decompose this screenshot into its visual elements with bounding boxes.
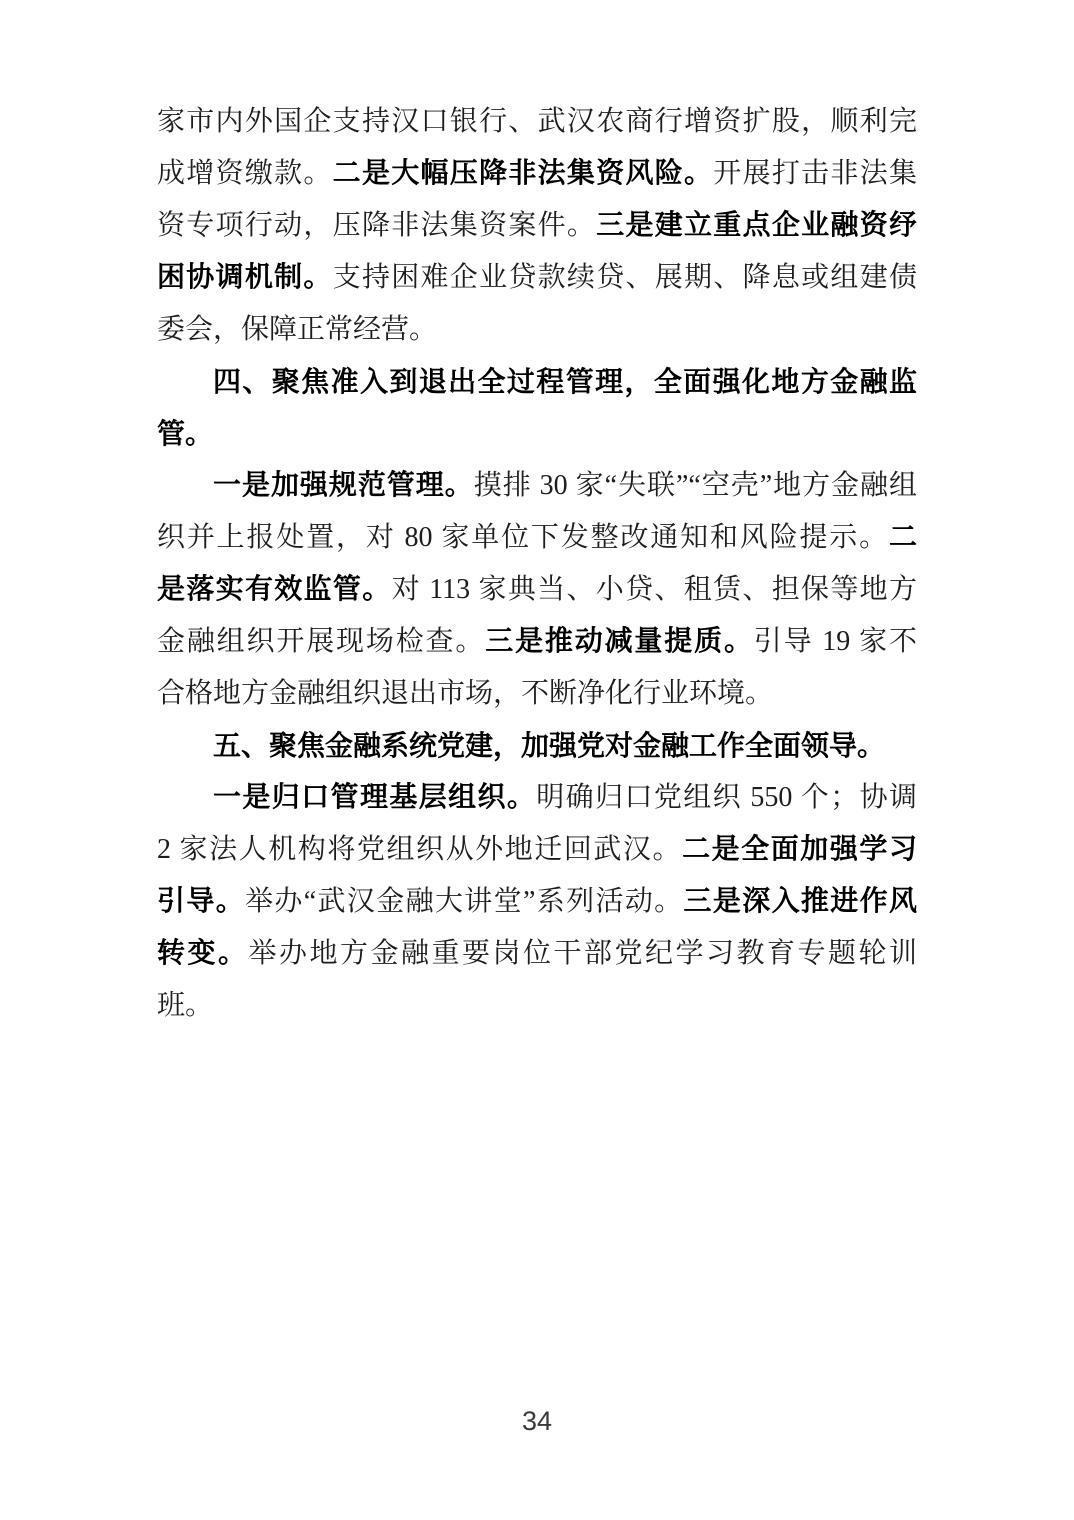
text-line: 金融组织开展现场检查。三是推动减量提质。引导 19 家不	[157, 616, 917, 668]
text-run-normal: 班。	[157, 990, 213, 1021]
text-run-normal: 支持困难企业贷款续贷、展期、降息或组建债	[333, 262, 917, 293]
text-run-normal: 举办“武汉金融大讲堂”系列活动。	[245, 886, 683, 917]
text-line: 2 家法人机构将党组织从外地迁回武汉。二是全面加强学习	[157, 824, 917, 876]
text-run-normal: 对 113 家典当、小贷、租赁、担保等地方	[392, 574, 917, 605]
text-run-normal: 合格地方金融组织退出市场，不断净化行业环境。	[157, 678, 773, 709]
text-run-bold: 二是大幅压降非法集资风险。	[333, 158, 714, 189]
text-line: 织并上报处置，对 80 家单位下发整改通知和风险提示。二	[157, 512, 917, 564]
text-run-normal: 2 家法人机构将党组织从外地迁回武汉。	[157, 834, 682, 865]
text-run-normal: 摸排 30 家“失联”“空壳”地方金融组	[474, 470, 917, 501]
text-run-bold: 三是深入推进作风	[684, 886, 917, 917]
document-text-block: 家市内外国企支持汉口银行、武汉农商行增资扩股，顺利完成增资缴款。二是大幅压降非法…	[157, 96, 917, 1032]
text-run-bold: 转变。	[157, 938, 249, 969]
text-run-normal: 举办地方金融重要岗位干部党纪学习教育专题轮训	[249, 938, 917, 969]
text-run-normal: 明确归口党组织 550 个；协调	[536, 782, 917, 813]
text-line: 引导。举办“武汉金融大讲堂”系列活动。三是深入推进作风	[157, 876, 917, 928]
text-run-normal: 织并上报处置，对 80 家单位下发整改通知和风险提示。	[157, 522, 889, 553]
text-run-normal: 家市内外国企支持汉口银行、武汉农商行增资扩股，顺利完	[157, 106, 917, 137]
text-run-bold: 一是加强规范管理。	[213, 470, 474, 501]
text-line: 四、聚焦准入到退出全过程管理，全面强化地方金融监	[157, 356, 917, 408]
text-line: 一是加强规范管理。摸排 30 家“失联”“空壳”地方金融组	[157, 460, 917, 512]
text-run-normal: 引导 19 家不	[754, 626, 917, 657]
text-line: 一是归口管理基层组织。明确归口党组织 550 个；协调	[157, 772, 917, 824]
text-line: 班。	[157, 980, 917, 1032]
text-run-heading: 五、聚焦金融系统党建，加强党对金融工作全面领导。	[213, 730, 885, 761]
document-page: 家市内外国企支持汉口银行、武汉农商行增资扩股，顺利完成增资缴款。二是大幅压降非法…	[0, 0, 1074, 1520]
text-run-bold: 困协调机制。	[157, 262, 333, 293]
text-run-bold: 二是全面加强学习	[682, 834, 917, 865]
text-line: 管。	[157, 408, 917, 460]
text-line: 成增资缴款。二是大幅压降非法集资风险。开展打击非法集	[157, 148, 917, 200]
text-run-heading: 管。	[157, 418, 213, 449]
text-run-bold: 三是推动减量提质。	[485, 626, 754, 657]
text-run-bold: 是落实有效监管。	[157, 574, 392, 605]
text-line: 五、聚焦金融系统党建，加强党对金融工作全面领导。	[157, 720, 917, 772]
text-run-heading: 四、聚焦准入到退出全过程管理，全面强化地方金融监	[213, 366, 917, 397]
text-run-normal: 成增资缴款。	[157, 158, 333, 189]
text-run-normal: 资专项行动，压降非法集资案件。	[157, 210, 596, 241]
text-run-normal: 金融组织开展现场检查。	[157, 626, 485, 657]
text-run-bold: 引导。	[157, 886, 245, 917]
text-line: 资专项行动，压降非法集资案件。三是建立重点企业融资纾	[157, 200, 917, 252]
page-number: 34	[0, 1406, 1074, 1436]
text-run-normal: 委会，保障正常经营。	[157, 314, 437, 345]
text-line: 困协调机制。支持困难企业贷款续贷、展期、降息或组建债	[157, 252, 917, 304]
text-line: 家市内外国企支持汉口银行、武汉农商行增资扩股，顺利完	[157, 96, 917, 148]
text-run-bold: 一是归口管理基层组织。	[213, 782, 536, 813]
text-run-bold: 二	[889, 522, 917, 553]
text-run-normal: 开展打击非法集	[713, 158, 917, 189]
text-line: 合格地方金融组织退出市场，不断净化行业环境。	[157, 668, 917, 720]
text-run-bold: 三是建立重点企业融资纾	[596, 210, 917, 241]
text-line: 委会，保障正常经营。	[157, 304, 917, 356]
text-line: 是落实有效监管。对 113 家典当、小贷、租赁、担保等地方	[157, 564, 917, 616]
text-line: 转变。举办地方金融重要岗位干部党纪学习教育专题轮训	[157, 928, 917, 980]
